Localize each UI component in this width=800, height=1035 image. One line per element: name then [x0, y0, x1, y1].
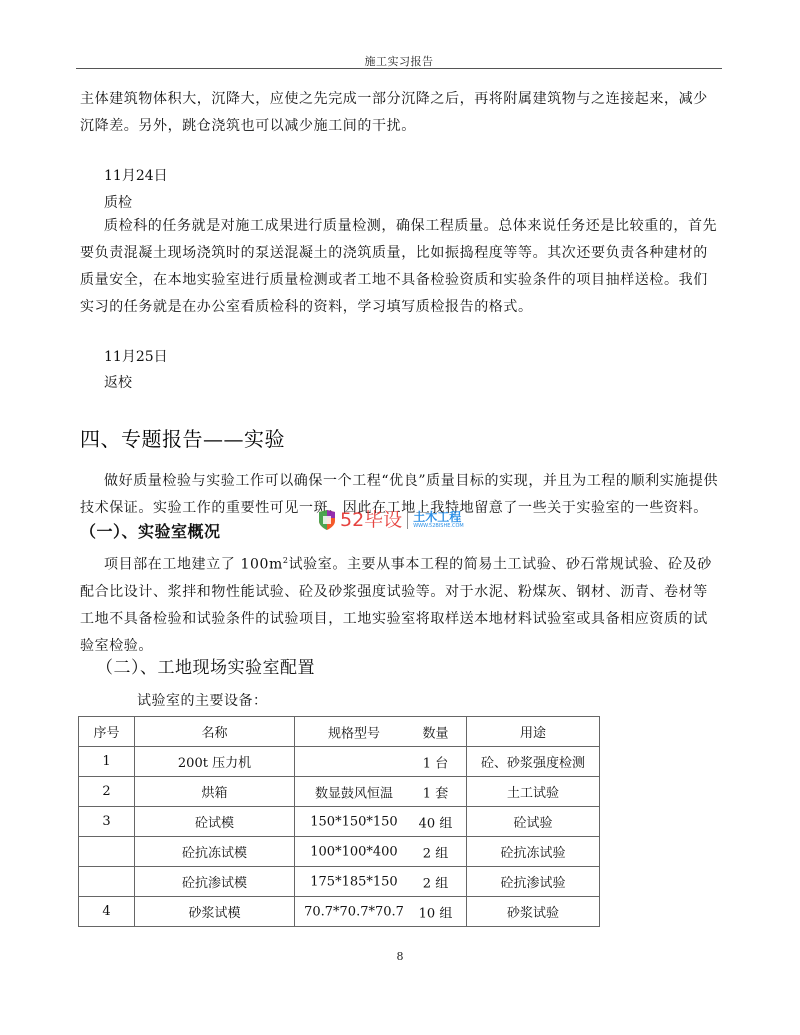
cell-seq: 1	[79, 747, 135, 777]
entry-date: 11月25日	[104, 347, 168, 367]
cell-seq: 3	[79, 807, 135, 837]
cell-seq	[79, 867, 135, 897]
entry-topic: 返校	[104, 373, 132, 393]
header-spec-qty: 规格型号 数量	[295, 717, 467, 747]
cell-name: 砼抗渗试模	[135, 867, 295, 897]
cell-name: 砼试模	[135, 807, 295, 837]
cell-spec-qty: 70.7*70.7*70.7 10 组	[295, 897, 467, 927]
table-header-row: 序号 名称 规格型号 数量 用途	[79, 717, 600, 747]
cell-name: 200t 压力机	[135, 747, 295, 777]
cell-spec: 100*100*400	[295, 844, 413, 859]
subsection-heading-1: （一）、实验室概况	[80, 521, 221, 543]
cell-seq: 4	[79, 897, 135, 927]
header-spec: 规格型号	[295, 722, 413, 741]
watermark-logo: 52毕设 土木工程 WWW.52BISHE.COM	[318, 505, 488, 535]
cell-use: 砂浆试验	[467, 897, 600, 927]
cell-spec: 数显鼓风恒温	[295, 782, 413, 801]
table-row: 2 烘箱 数显鼓风恒温 1 套 土工试验	[79, 777, 600, 807]
table-row: 4 砂浆试模 70.7*70.7*70.7 10 组 砂浆试验	[79, 897, 600, 927]
cell-spec: 70.7*70.7*70.7	[295, 904, 413, 919]
cell-name: 砂浆试模	[135, 897, 295, 927]
cell-spec: 175*185*150	[295, 874, 413, 889]
equipment-table: 序号 名称 规格型号 数量 用途 1 200t 压力机 1 台 砼、砂浆强度检测…	[78, 716, 600, 927]
cell-qty: 10 组	[413, 902, 458, 921]
cell-spec-qty: 数显鼓风恒温 1 套	[295, 777, 467, 807]
continued-paragraph: 主体建筑物体积大，沉降大，应使之先完成一部分沉降之后，再将附属建筑物与之连接起来…	[80, 86, 720, 140]
watermark-divider	[407, 511, 408, 529]
watermark-url: WWW.52BISHE.COM	[413, 524, 464, 529]
table-row: 砼抗冻试模 100*100*400 2 组 砼抗冻试验	[79, 837, 600, 867]
cell-use: 砼抗冻试验	[467, 837, 600, 867]
shield-logo-icon	[318, 510, 336, 530]
entry-body: 质检科的任务就是对施工成果进行质量检测，确保工程质量。总体来说任务还是比较重的，…	[80, 213, 720, 321]
cell-qty: 40 组	[413, 812, 458, 831]
cell-name: 砼抗冻试模	[135, 837, 295, 867]
cell-qty: 1 套	[413, 782, 458, 801]
cell-qty: 2 组	[413, 872, 458, 891]
header-qty: 数量	[413, 722, 458, 741]
header-rule	[76, 68, 722, 69]
cell-seq	[79, 837, 135, 867]
watermark-category: 土木工程	[413, 511, 464, 523]
header-use: 用途	[467, 717, 600, 747]
subsection-1-body: 项目部在工地建立了 100m2试验室。主要从事本工程的简易土工试验、砂石常规试验…	[80, 547, 720, 660]
header-seq: 序号	[79, 717, 135, 747]
section-heading: 四、专题报告——实验	[80, 425, 285, 453]
cell-name: 烘箱	[135, 777, 295, 807]
cell-use: 砼抗渗试验	[467, 867, 600, 897]
cell-qty: 1 台	[413, 752, 458, 771]
table-row: 1 200t 压力机 1 台 砼、砂浆强度检测	[79, 747, 600, 777]
watermark-brand: 52毕设	[340, 510, 402, 530]
page-number: 8	[390, 950, 410, 963]
table-row: 3 砼试模 150*150*150 40 组 砼试验	[79, 807, 600, 837]
cell-spec-qty: 150*150*150 40 组	[295, 807, 467, 837]
cell-spec-qty: 175*185*150 2 组	[295, 867, 467, 897]
cell-seq: 2	[79, 777, 135, 807]
entry-date: 11月24日	[104, 166, 168, 186]
cell-use: 砼试验	[467, 807, 600, 837]
cell-spec: 150*150*150	[295, 814, 413, 829]
table-caption: 试验室的主要设备：	[137, 690, 268, 710]
cell-use: 土工试验	[467, 777, 600, 807]
entry-topic: 质检	[104, 193, 132, 213]
header-name: 名称	[135, 717, 295, 747]
cell-use: 砼、砂浆强度检测	[467, 747, 600, 777]
cell-qty: 2 组	[413, 842, 458, 861]
table-row: 砼抗渗试模 175*185*150 2 组 砼抗渗试验	[79, 867, 600, 897]
subsection-heading-2: （二）、工地现场实验室配置	[96, 657, 315, 679]
cell-spec-qty: 1 台	[295, 747, 467, 777]
cell-spec-qty: 100*100*400 2 组	[295, 837, 467, 867]
body-text: 项目部在工地建立了 100m	[104, 557, 283, 573]
running-header: 施工实习报告	[76, 53, 722, 69]
